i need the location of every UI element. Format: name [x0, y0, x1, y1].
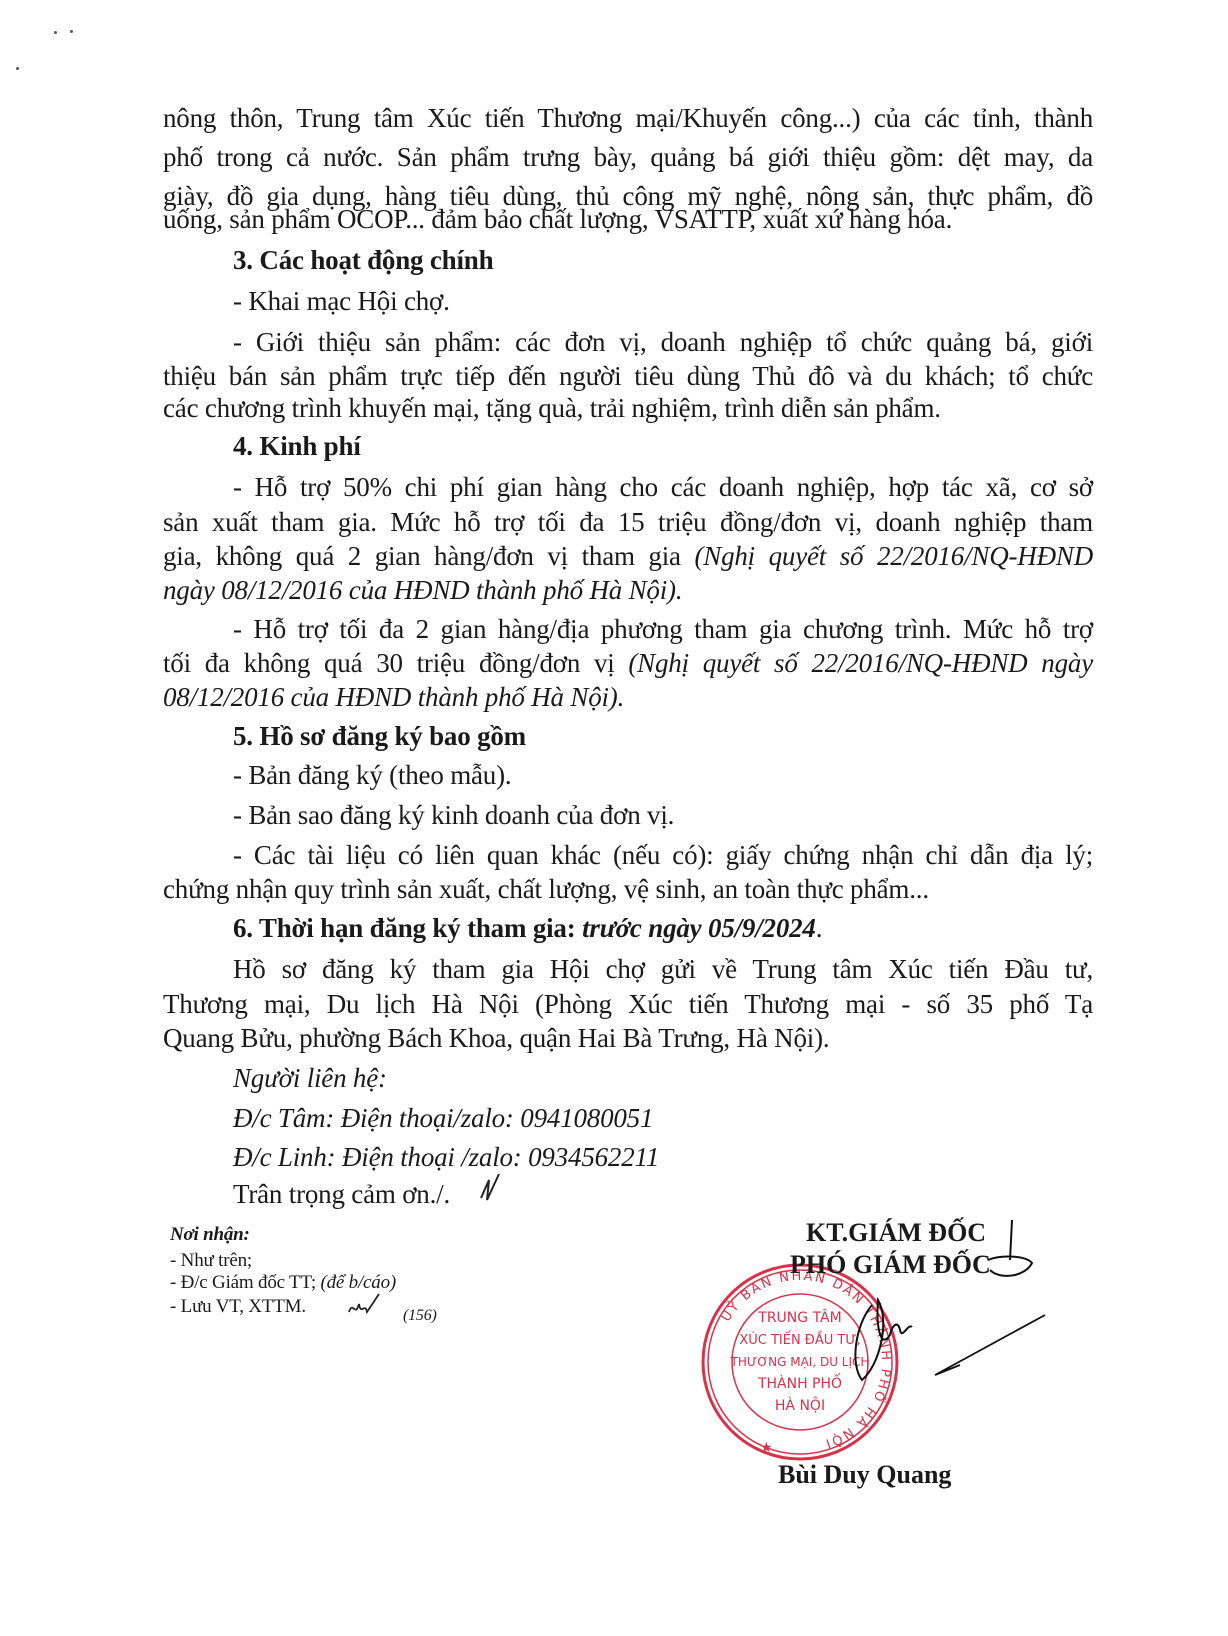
svg-text:★: ★ [760, 1440, 773, 1456]
paragraph-line: - Hỗ trợ 50% chi phí gian hàng cho các d… [233, 469, 1093, 505]
list-item: - Khai mạc Hội chợ. [233, 283, 1093, 319]
section-heading: 6. Thời hạn đăng ký tham gia: trước ngày… [233, 910, 1093, 946]
signer-name: Bùi Duy Quang [778, 1460, 951, 1490]
paragraph-line: gia, không quá 2 gian hàng/đơn vị tham g… [163, 538, 1093, 574]
legal-reference: (Nghị quyết số 22/2016/NQ-HĐND ngày [628, 648, 1093, 678]
section-heading: 5. Hồ sơ đăng ký bao gồm [233, 718, 1093, 754]
svg-text:THÀNH PHỐ: THÀNH PHỐ [757, 1373, 842, 1392]
intro-line: phố trong cả nước. Sản phẩm trưng bày, q… [163, 139, 1093, 175]
signature-icon [850, 1215, 1050, 1445]
recipient-item: - Như trên; [170, 1250, 570, 1272]
legal-reference: (Nghị quyết số 22/2016/NQ-HĐND [694, 541, 1093, 571]
text-normal: gia, không quá 2 gian hàng/đơn vị tham g… [163, 541, 694, 571]
list-item: - Các tài liệu có liên quan khác (nếu có… [233, 837, 1093, 873]
paragraph-line: Quang Bửu, phường Bách Khoa, quận Hai Bà… [163, 1020, 1093, 1056]
section-heading: 3. Các hoạt động chính [233, 242, 1093, 278]
paragraph-line: - Giới thiệu sản phẩm: các đơn vị, doanh… [233, 324, 1093, 360]
punctuation: . [816, 913, 823, 943]
intro-line: uống, sản phẩm OCOP... đảm bảo chất lượn… [163, 201, 1093, 237]
legal-reference: ngày 08/12/2016 của HĐND thành phố Hà Nộ… [163, 572, 1093, 608]
section-heading: 4. Kinh phí [233, 428, 1093, 464]
initial-mark-icon [475, 1170, 505, 1210]
scan-speck [16, 67, 19, 70]
handwritten-initials-icon [345, 1290, 400, 1325]
list-item: - Bản đăng ký (theo mẫu). [233, 757, 1093, 793]
document-page: nông thôn, Trung tâm Xúc tiến Thương mại… [0, 0, 1228, 1636]
contacts-label: Người liên hệ: [233, 1060, 1093, 1096]
paragraph-line: Thương mại, Du lịch Hà Nội (Phòng Xúc ti… [163, 986, 1093, 1022]
handwritten-note: (156) [403, 1305, 483, 1327]
list-item: - Bản sao đăng ký kinh doanh của đơn vị. [233, 797, 1093, 833]
paragraph-line: Hồ sơ đăng ký tham gia Hội chợ gửi về Tr… [233, 951, 1093, 987]
text-normal: tối đa không quá 30 triệu đồng/đơn vị [163, 648, 628, 678]
deadline-label: 6. Thời hạn đăng ký tham gia: [233, 913, 582, 943]
recipient-text: - Đ/c Giám đốc TT; [170, 1272, 320, 1293]
closing-text: Trân trọng cảm ơn./. [233, 1176, 1093, 1212]
contact-linh: Đ/c Linh: Điện thoại /zalo: 0934562211 [233, 1139, 1093, 1175]
contact-tam: Đ/c Tâm: Điện thoại/zalo: 0941080051 [233, 1100, 1093, 1136]
list-item: chứng nhận quy trình sản xuất, chất lượn… [163, 871, 1093, 907]
svg-text:HÀ NỘI: HÀ NỘI [775, 1396, 825, 1414]
scan-speck [70, 30, 73, 33]
svg-text:XÚC TIẾN ĐẦU TƯ,: XÚC TIẾN ĐẦU TƯ, [739, 1331, 860, 1348]
deadline-date: trước ngày 05/9/2024 [582, 913, 816, 943]
svg-text:TRUNG TÂM: TRUNG TÂM [757, 1308, 841, 1326]
recipients-label: Nơi nhận: [170, 1224, 570, 1246]
scan-speck [54, 31, 57, 34]
legal-reference: 08/12/2016 của HĐND thành phố Hà Nội). [163, 679, 1093, 715]
intro-line: nông thôn, Trung tâm Xúc tiến Thương mại… [163, 100, 1093, 136]
paragraph-line: sản xuất tham gia. Mức hỗ trợ tối đa 15 … [163, 504, 1093, 540]
paragraph-line: tối đa không quá 30 triệu đồng/đơn vị (N… [163, 645, 1093, 681]
paragraph-line: các chương trình khuyến mại, tặng quà, t… [163, 390, 1093, 426]
paragraph-line: - Hỗ trợ tối đa 2 gian hàng/địa phương t… [233, 611, 1093, 647]
paragraph-line: thiệu bán sản phẩm trực tiếp đến người t… [163, 358, 1093, 394]
svg-text:THƯƠNG MẠI, DU LỊCH: THƯƠNG MẠI, DU LỊCH [730, 1355, 870, 1369]
